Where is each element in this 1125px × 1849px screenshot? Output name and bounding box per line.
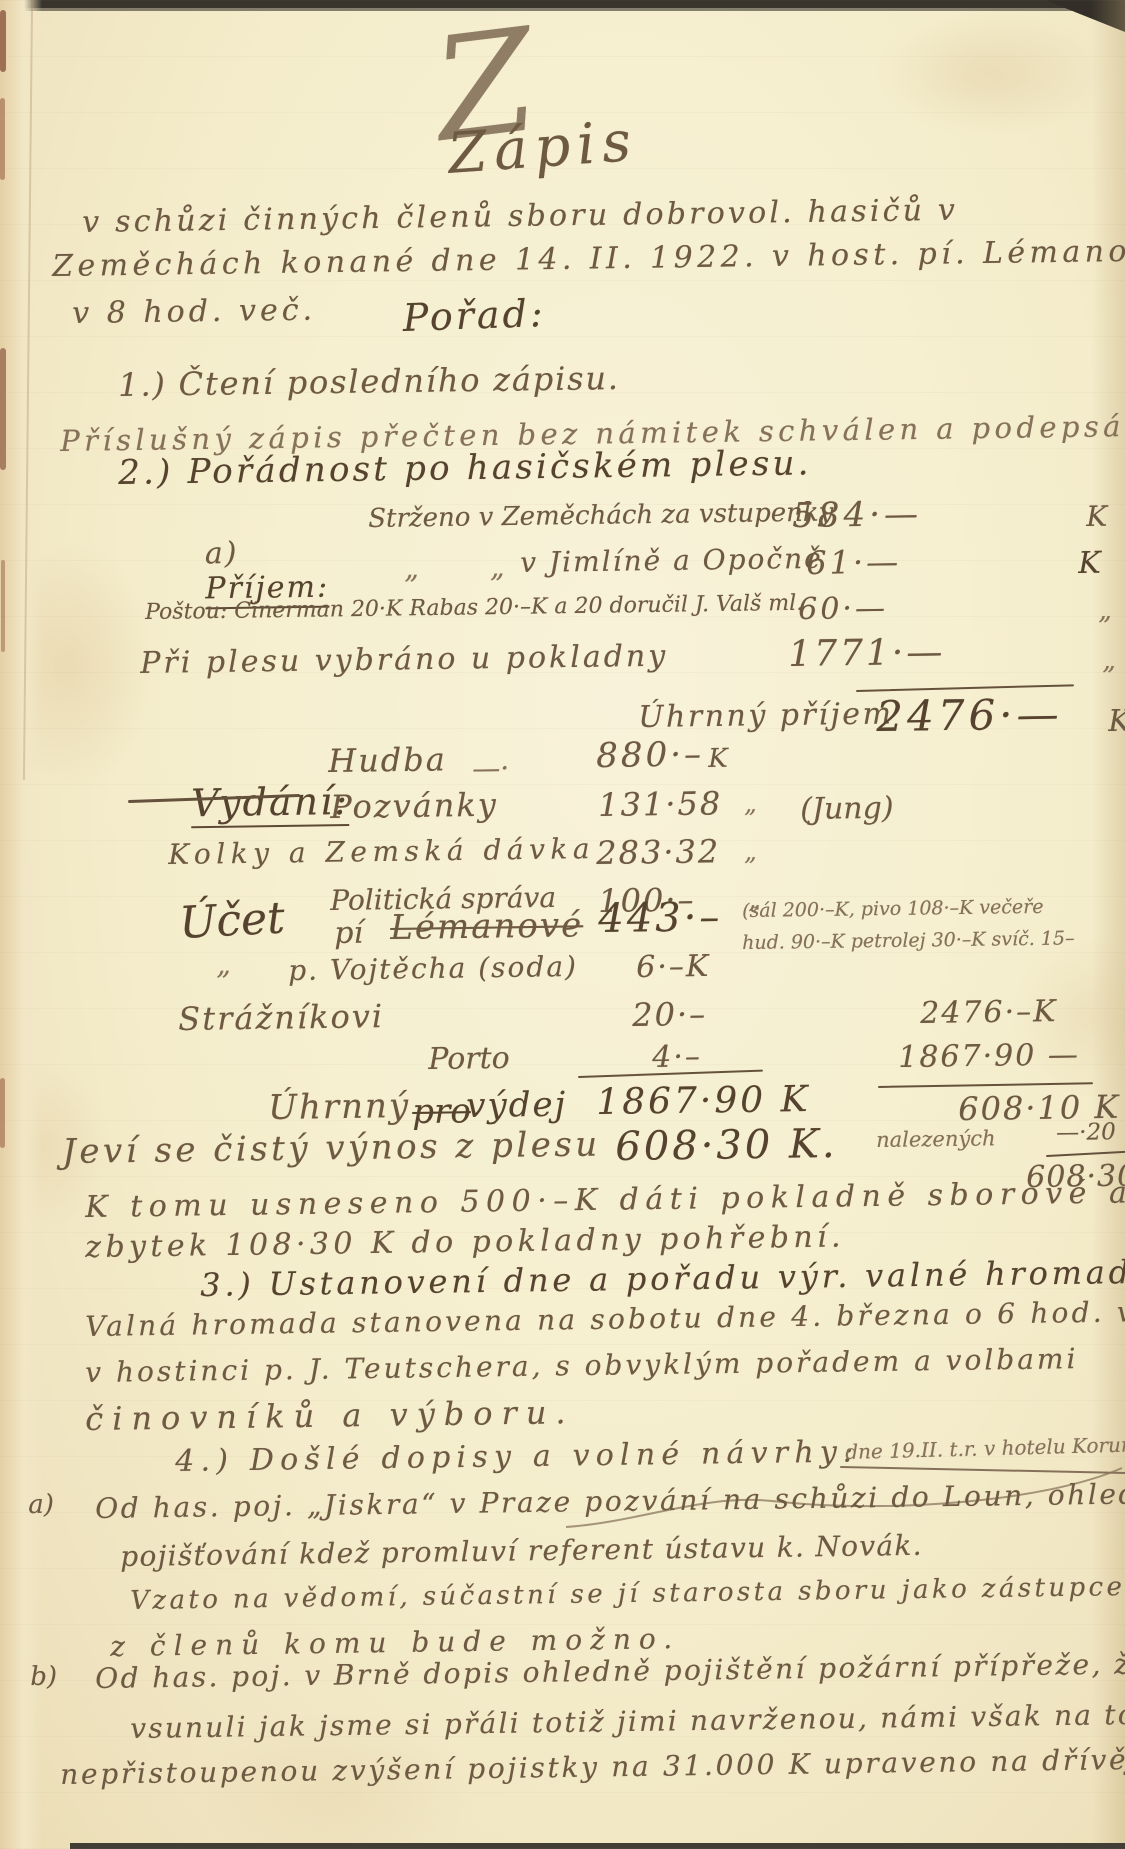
expense-total-amount: 1867·90 K	[596, 1079, 811, 1123]
item4-margin-note: dne 19.II. t.r. v hotelu Koruna	[845, 1432, 1125, 1464]
intro-line: Zeměchách konané dne 14. II. 1922. v hos…	[52, 233, 1125, 284]
expense-row-text-struck: Lémanové	[390, 905, 583, 948]
expense-row-amount: 283·32	[596, 832, 720, 872]
item3-line: v hostinci p. J. Teutschera, s obvyklým …	[85, 1342, 1079, 1389]
binding-mark	[0, 348, 6, 470]
income-row-currency: „	[1102, 646, 1116, 676]
income-label-prefix: a)	[205, 536, 239, 571]
expense-row-currency: „	[744, 838, 757, 866]
expense-row-amount: 880·–	[596, 734, 704, 775]
item4a-line: Vzato na vědomí, súčastní se jí starosta…	[130, 1572, 1125, 1616]
intro-line: v 8 hod. več.	[72, 293, 316, 331]
item3-line: činovníků a výboru.	[85, 1393, 575, 1438]
margin-note-underline	[840, 1466, 1125, 1474]
summary-rule	[878, 1082, 1093, 1088]
expense-total-label: Úhrnný	[268, 1086, 410, 1128]
expense-row-note: hud. 90·–K petrolej 30·–K svíč. 15–	[742, 927, 1075, 954]
summary-expense-total: 1867·90 —	[898, 1037, 1080, 1075]
income-row-text: v Jimlíně a Opočně	[520, 542, 823, 579]
binding-mark	[0, 98, 5, 180]
item4a-line: pojišťování kdež promluví referent ústav…	[120, 1529, 923, 1573]
income-row-amount: 61·—	[806, 543, 901, 582]
item4b-line: vsunuli jak jsme si přáli totiž jimi nav…	[130, 1698, 1125, 1745]
item1-heading: 1.) Čtení posledního zápisu.	[118, 359, 620, 404]
item2-heading: 2.) Pořádnost po hasičském plesu.	[118, 443, 812, 493]
expense-row-dash: —·	[472, 751, 509, 785]
expense-row-ditto: „	[216, 948, 231, 981]
income-total-amount: 2476·—	[876, 689, 1063, 741]
income-row-text: Strženo v Zeměchách za vstupenky	[368, 498, 834, 534]
income-row-ditto: „ „	[404, 551, 505, 585]
expense-row-amount: 6·–K	[636, 949, 711, 985]
summary-income-total: 2476·–K	[920, 994, 1058, 1031]
expense-row-note: (Jung)	[800, 791, 894, 827]
expense-total-label2: výdej	[466, 1085, 567, 1126]
bottom-scan-edge	[70, 1843, 1125, 1849]
income-row-amount: 60·—	[798, 591, 888, 627]
item4a-line: Od has. poj. „Jiskra“ v Praze pozvání na…	[95, 1477, 1125, 1525]
resolution-line: K tomu usneseno 500·–K dáti pokladně sbo…	[85, 1175, 1125, 1225]
expense-row-text-mid: pí	[334, 916, 363, 951]
net-sentence-text: Jeví se čistý výnos z plesu	[62, 1124, 601, 1172]
binding-mark	[0, 10, 6, 72]
income-row-currency: K	[1086, 500, 1107, 533]
expenses-label-word: Vydání:	[191, 779, 349, 828]
income-row-text: Při plesu vybráno u pokladny	[140, 639, 668, 681]
binding-mark	[0, 1078, 5, 1148]
expense-row-text: Kolky a Zemská dávka	[168, 832, 595, 871]
summary-found-label: nalezených	[876, 1126, 996, 1152]
net-sentence-amount: 608·30 K.	[615, 1121, 838, 1170]
agenda-heading: Pořad:	[402, 291, 546, 340]
item4b-label: b)	[30, 1662, 57, 1692]
item4-heading: 4.) Došlé dopisy a volné návrhy:	[175, 1434, 860, 1479]
expense-row-currency: K	[708, 744, 728, 774]
expense-row-text: Hudba	[328, 740, 447, 780]
expense-row-text: p. Vojtěcha (soda)	[288, 950, 578, 987]
income-row-amount: 1771·—	[788, 632, 946, 675]
scanned-page: Z Zápis v schůzi činných členů sboru dob…	[0, 0, 1125, 1849]
expense-row-amount: 4·–	[652, 1039, 702, 1075]
expense-row-currency: „	[744, 790, 757, 818]
expense-row-text: Porto	[428, 1041, 510, 1077]
expense-row-text: Pozvánky	[330, 786, 498, 826]
expense-row-amount: 131·58	[598, 784, 722, 824]
intro-line: v schůzi činných členů sboru dobrovol. h…	[82, 193, 958, 240]
income-row-currency: K	[1078, 546, 1101, 581]
expense-row-amount: 20·–	[632, 995, 707, 1034]
top-scan-edge	[0, 0, 1125, 18]
expense-row-amount: 443·–	[598, 894, 723, 942]
expense-row-note: (sál 200·–K, pivo 108·–K večeře	[742, 896, 1044, 922]
income-row-currency: „	[1098, 596, 1112, 626]
income-row-amount: 584·—	[792, 494, 922, 536]
income-total-label: Úhrnný příjem	[638, 696, 894, 735]
expense-row-text-big: Účet	[178, 892, 286, 948]
page-title: Zápis	[446, 109, 640, 187]
item4b-line: nepřistoupenou zvýšení pojistky na 31.00…	[60, 1742, 1125, 1791]
item4a-label: a)	[28, 1490, 54, 1520]
summary-found-amount: —·20	[1056, 1119, 1116, 1146]
expense-row-text: Strážníkovi	[178, 997, 384, 1038]
income-total-currency: K	[1108, 704, 1125, 739]
left-page-edge	[0, 0, 44, 1849]
binding-mark	[1, 560, 5, 652]
